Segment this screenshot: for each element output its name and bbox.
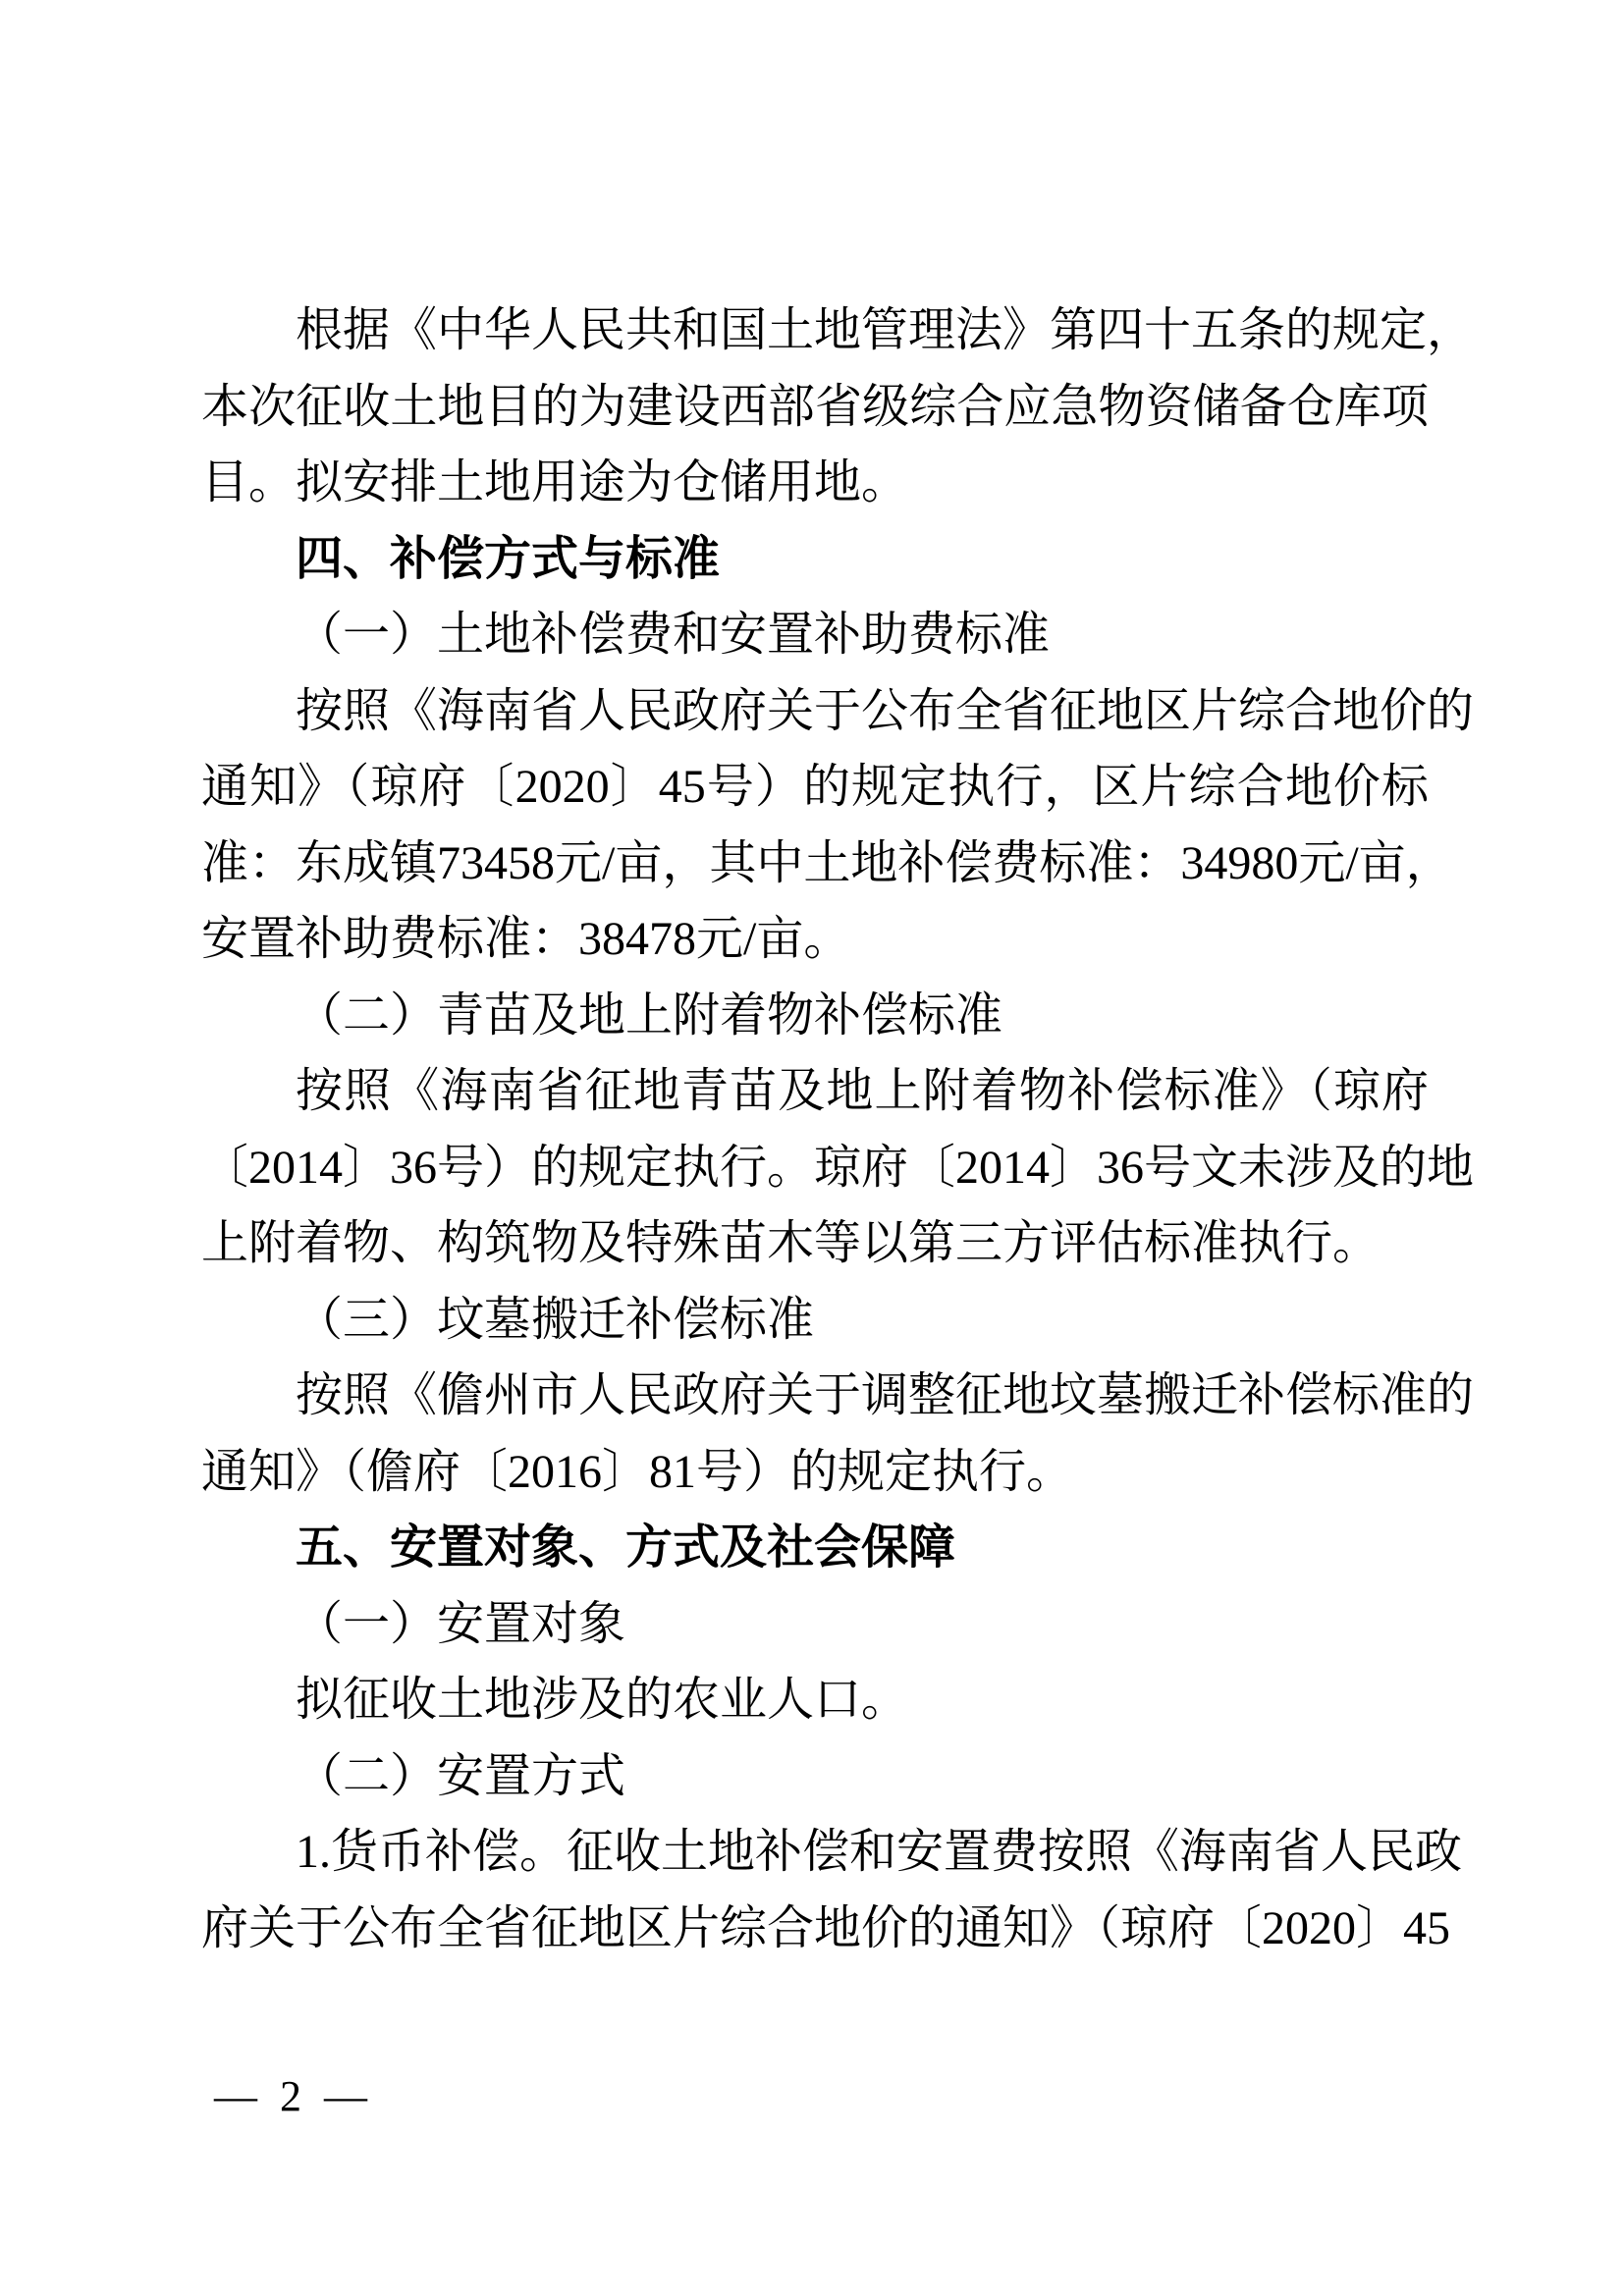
body-line: 目。拟安排土地用途为仓储用地。 — [201, 445, 1429, 521]
document-body: 根据《中华人民共和国土地管理法》第四十五条的规定， 本次征收土地目的为建设西部省… — [201, 293, 1429, 1966]
section-heading: 四、补偿方式与标准 — [201, 521, 1429, 598]
subsection-heading: （一）安置对象 — [201, 1586, 1429, 1663]
body-line: 1.货币补偿。征收土地补偿和安置费按照《海南省人民政 — [201, 1814, 1429, 1891]
body-line: 府关于公布全省征地区片综合地价的通知》（琼府〔2020〕45 — [201, 1891, 1429, 1967]
body-line: 本次征收土地目的为建设西部省级综合应急物资储备仓库项 — [201, 369, 1429, 446]
body-line: 根据《中华人民共和国土地管理法》第四十五条的规定， — [201, 293, 1429, 369]
body-line: 拟征收土地涉及的农业人口。 — [201, 1662, 1429, 1738]
subsection-heading: （一）土地补偿费和安置补助费标准 — [201, 597, 1429, 673]
body-line: 准：东成镇73458元/亩，其中土地补偿费标准：34980元/亩， — [201, 826, 1429, 902]
subsection-heading: （二）青苗及地上附着物补偿标准 — [201, 978, 1429, 1054]
body-line: 安置补助费标准：38478元/亩。 — [201, 901, 1429, 978]
body-line: 〔2014〕36号）的规定执行。琼府〔2014〕36号文未涉及的地 — [201, 1130, 1429, 1206]
subsection-heading: （三）坟墓搬迁补偿标准 — [201, 1282, 1429, 1359]
document-page: 根据《中华人民共和国土地管理法》第四十五条的规定， 本次征收土地目的为建设西部省… — [0, 0, 1624, 2296]
body-line: 按照《海南省征地青苗及地上附着物补偿标准》（琼府 — [201, 1053, 1429, 1130]
page-number: — 2 — — [214, 2071, 373, 2122]
body-line: 按照《海南省人民政府关于公布全省征地区片综合地价的 — [201, 673, 1429, 750]
section-heading: 五、安置对象、方式及社会保障 — [201, 1510, 1429, 1586]
subsection-heading: （二）安置方式 — [201, 1738, 1429, 1815]
body-line: 通知》（儋府〔2016〕81号）的规定执行。 — [201, 1434, 1429, 1511]
body-line: 通知》（琼府〔2020〕45号）的规定执行，区片综合地价标 — [201, 749, 1429, 826]
body-line: 按照《儋州市人民政府关于调整征地坟墓搬迁补偿标准的 — [201, 1358, 1429, 1434]
body-line: 上附着物、构筑物及特殊苗木等以第三方评估标准执行。 — [201, 1205, 1429, 1282]
